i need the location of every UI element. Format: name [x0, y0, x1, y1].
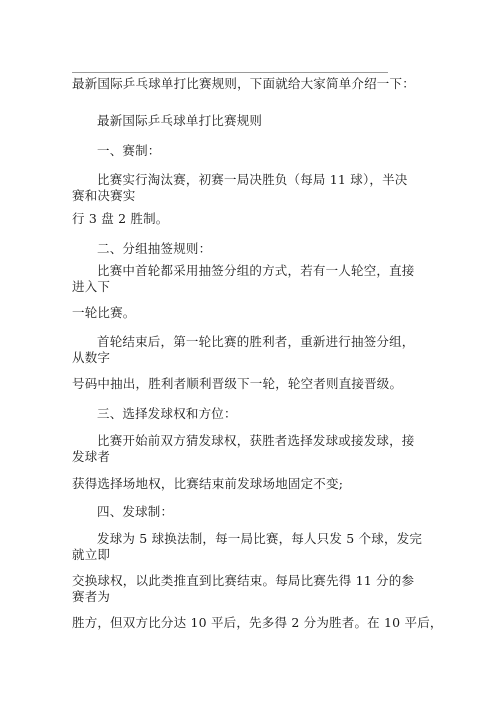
section-heading-2: 二、分组抽签规则： — [97, 241, 211, 257]
header-rule — [72, 72, 388, 73]
paragraph-line: 发球者 — [72, 449, 110, 465]
paragraph-line: 行 3 盘 2 胜制。 — [72, 211, 169, 227]
paragraph-line: 赛和决赛实 — [72, 188, 136, 204]
document-page: 最新国际乒乓球单打比赛规则，下面就给大家简单介绍一下： 最新国际乒乓球单打比赛规… — [0, 0, 500, 708]
paragraph-line: 获得选择场地权，比赛结束前发球场地固定不变; — [72, 476, 343, 492]
paragraph-line: 号码中抽出，胜利者顺利晋级下一轮，轮空者则直接晋级。 — [72, 376, 402, 392]
paragraph-line: 进入下 — [72, 279, 110, 295]
section-heading-4: 四、发球制： — [97, 504, 173, 520]
paragraph-line: 一轮比赛。 — [72, 305, 136, 321]
paragraph-line: 发球为 5 球换法制，每一局比赛，每人只发 5 个球，发完 — [97, 531, 422, 547]
intro-text: 最新国际乒乓球单打比赛规则，下面就给大家简单介绍一下： — [72, 76, 415, 92]
paragraph-line: 从数字 — [72, 350, 110, 366]
paragraph-line: 比赛开始前双方猜发球权，获胜者选择发球或接发球，接 — [97, 433, 415, 449]
paragraph-line: 胜方，但双方比分达 10 平后，先多得 2 分为胜者。在 10 平后， — [72, 615, 443, 631]
paragraph-line: 就立即 — [72, 547, 110, 563]
paragraph-line: 赛者为 — [72, 589, 110, 605]
document-title: 最新国际乒乓球单打比赛规则 — [97, 113, 262, 129]
paragraph-line: 首轮结束后，第一轮比赛的胜利者，重新进行抽签分组， — [97, 334, 415, 350]
paragraph-line: 比赛实行淘汰赛，初赛一局决胜负（每局 11 球），半决 — [97, 172, 408, 188]
paragraph-line: 比赛中首轮都采用抽签分组的方式，若有一人轮空，直接 — [97, 263, 415, 279]
paragraph-line: 交换球权，以此类推直到比赛结束。每局比赛先得 11 分的参 — [72, 573, 414, 589]
section-heading-1: 一、赛制： — [97, 143, 161, 159]
section-heading-3: 三、选择发球权和方位： — [97, 406, 237, 422]
